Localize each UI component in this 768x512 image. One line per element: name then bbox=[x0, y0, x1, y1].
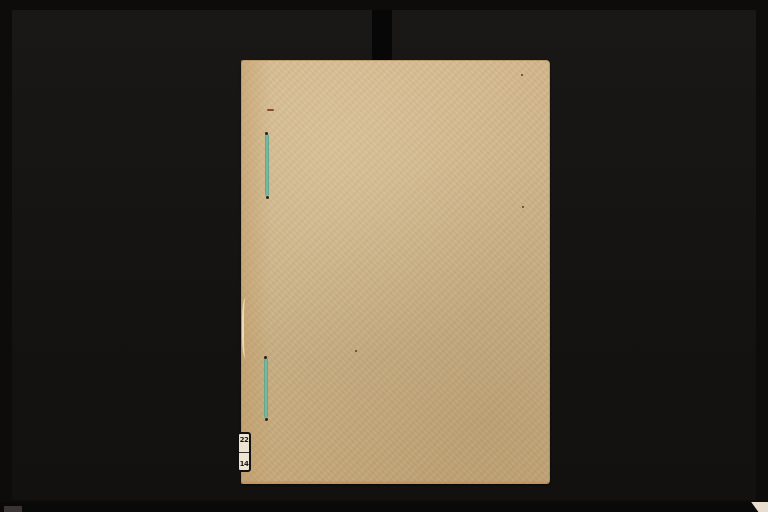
ink-mark bbox=[267, 109, 274, 111]
catalog-label: 22 14 bbox=[237, 432, 251, 472]
photo-scene: 22 14 bbox=[0, 0, 768, 512]
stitch-hole bbox=[266, 196, 269, 199]
bottom-strip bbox=[0, 502, 768, 512]
speck bbox=[521, 74, 523, 76]
bottom-left-chip bbox=[4, 506, 22, 512]
stitch-hole bbox=[264, 356, 267, 359]
label-rule bbox=[239, 452, 249, 453]
speck bbox=[522, 206, 524, 208]
speck bbox=[355, 350, 357, 352]
book-cover: 22 14 bbox=[241, 60, 550, 484]
label-line-2: 14 bbox=[240, 460, 249, 468]
binding-thread-top bbox=[265, 134, 269, 196]
stitch-hole bbox=[265, 418, 268, 421]
backdrop-divider bbox=[372, 10, 392, 62]
label-line-1: 22 bbox=[240, 436, 249, 444]
page-edge-flare bbox=[242, 298, 250, 358]
binding-thread-bottom bbox=[264, 358, 268, 418]
stitch-hole bbox=[265, 132, 268, 135]
